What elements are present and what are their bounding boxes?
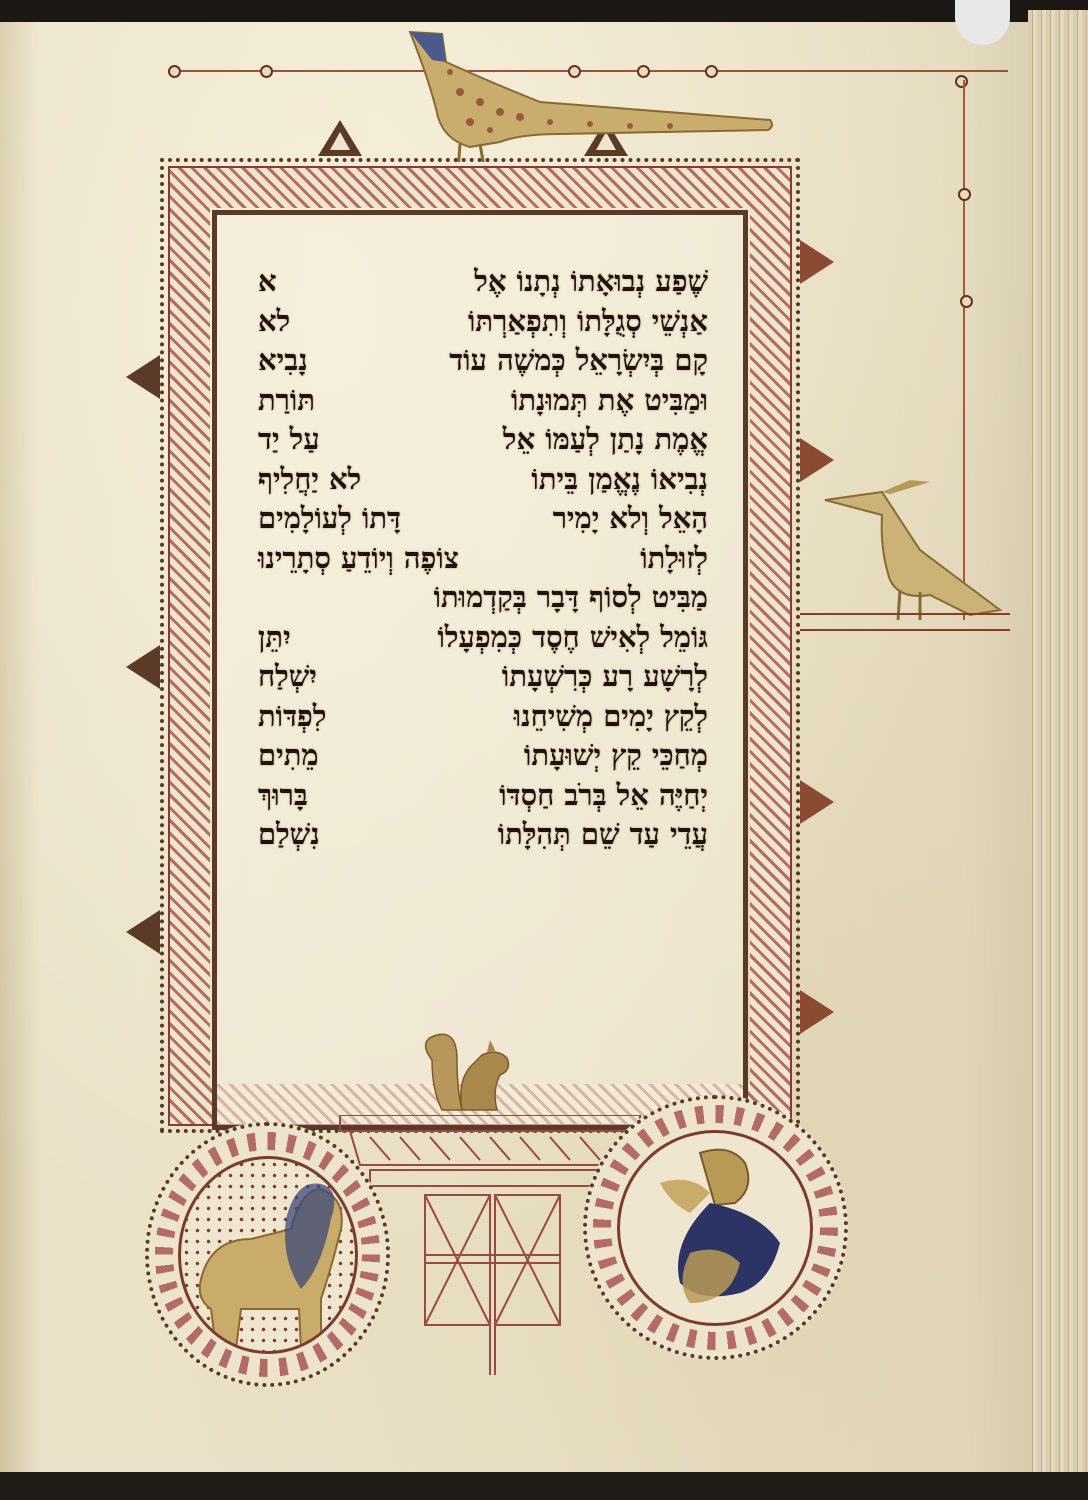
text-line: גּוֹמֵל לְאִישׁ חֶסֶד כְּמִפְעָלוֹיִתֵּן <box>258 618 708 658</box>
griffin-icon <box>617 1130 813 1326</box>
text-line: שֶׁפַע נְבוּאָתוֹ נְתָנוֹ אֶלא <box>258 262 708 302</box>
bird-icon <box>350 22 780 162</box>
finial-triangle <box>800 240 834 284</box>
text-line: וּמַבִּיט אֶת תְּמוּנָתוֹתּוֹרַת <box>258 381 708 421</box>
hebrew-text-block: שֶׁפַע נְבוּאָתוֹ נְתָנוֹ אֶלא אַנְשֵׁי … <box>258 262 708 855</box>
book-bottom-shadow <box>0 1472 1088 1500</box>
text-line: יְחַיֶּה אֵל בְּרֹב חַסְדּוֹבָּרוּךְ <box>258 776 708 816</box>
text-line: עֲדֵי עַד שֵׁם תְּהִלָּתוֹנִשְׁלַם <box>258 815 708 855</box>
finial-triangle <box>126 645 160 689</box>
text-line: לְרָשָׁע רָע כְּרִשְׁעָתוֹיִשְׁלַח <box>258 657 708 697</box>
text-line: אַנְשֵׁי סְגֻלָּתוֹ וְתִפְאַרְתּוֹלא <box>258 302 708 342</box>
ruling-dot <box>168 65 181 78</box>
finial-triangle <box>800 780 834 824</box>
finial-triangle <box>126 910 160 954</box>
text-line: אֱמֶת נָתַן לְעַמּוֹ אֵלעַל יַד <box>258 420 708 460</box>
text-line: נְבִיאוֹ נֶאֱמַן בֵּיתוֹלא יַחֲלִיף <box>258 460 708 500</box>
lion-icon <box>178 1156 358 1354</box>
squirrel-icon <box>412 1030 522 1120</box>
text-line: קָם בְּיִשְׂרָאֵל כְּמשֶׁה עוֹדנָבִיא <box>258 341 708 381</box>
page-stack-edge <box>1028 10 1088 1480</box>
bird-perch <box>800 613 1010 631</box>
finial-triangle <box>800 990 834 1034</box>
finial-triangle <box>126 355 160 399</box>
ruling-dot <box>958 188 971 201</box>
ruling-dot <box>955 75 968 88</box>
text-line: מְחַכֵּי קֵץ יְשׁוּעָתוֹמֵתִים <box>258 736 708 776</box>
text-line: לְזוּלָתוֹצוֹפֶה וְיוֹדֵעַ סְתָרֵינוּ <box>258 539 708 579</box>
text-line: הָאֵל וְלא יָמִירדָּתוֹ לְעוֹלָמִים <box>258 499 708 539</box>
ruling-dot <box>960 295 973 308</box>
text-line: מַבִּיט לְסוֹף דָּבָר בְּקַדְמוּתוֹ <box>258 578 708 618</box>
ruling-dot <box>260 65 273 78</box>
text-line: לְקֵץ יָמִים מְשִׁיחֵנוּלִפְדּוֹת <box>258 697 708 737</box>
